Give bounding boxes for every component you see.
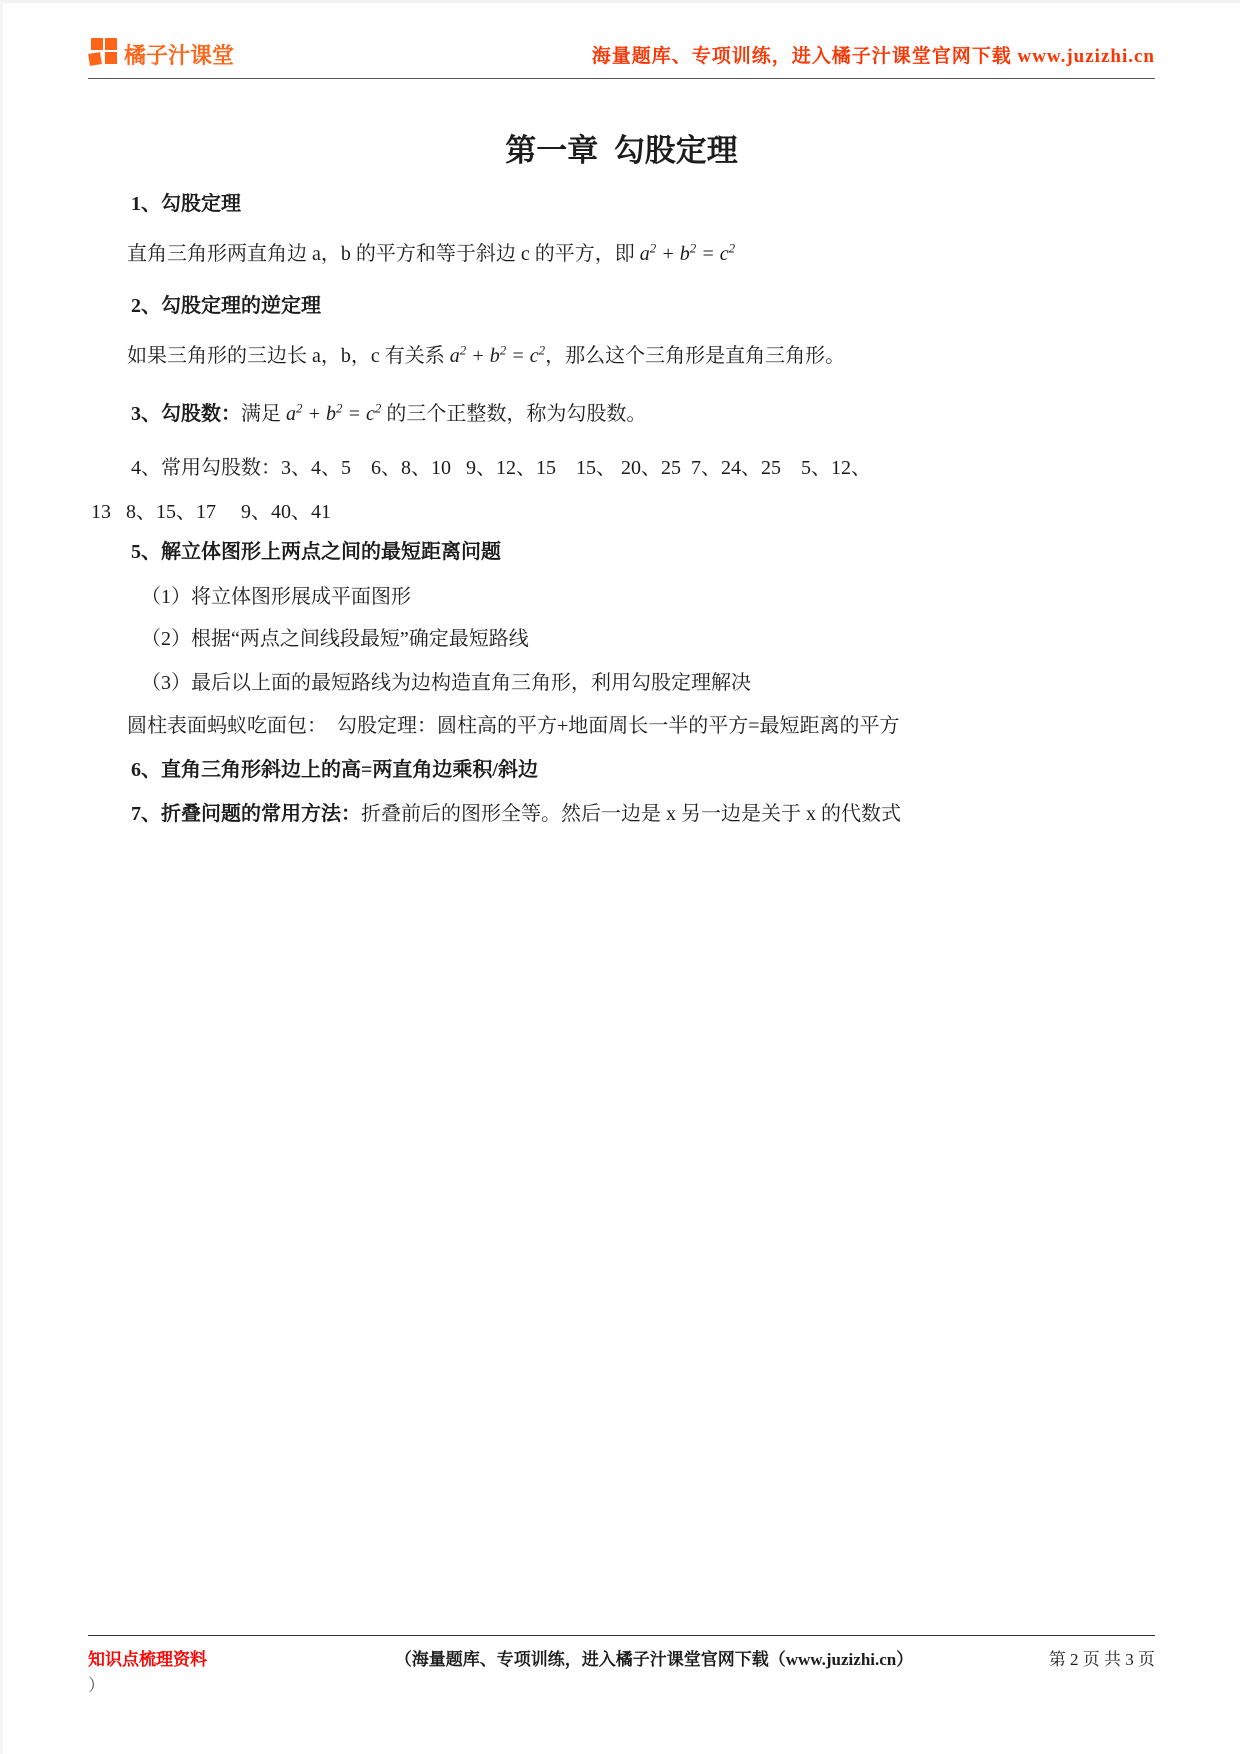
section-3-label: 3、勾股数： [131,403,241,425]
formula-a2-b2-c2: a2 + b2 = c2 [450,345,545,367]
page-header: 橘子汁课堂 海量题库、专项训练，进入橘子汁课堂官网下载 www.juzizhi.… [88,37,1155,72]
math-plus: + [466,345,490,367]
math-var-b: b [680,243,690,265]
math-exp: 2 [729,240,736,255]
section-3-line: 3、勾股数：满足 a2 + b2 = c2 的三个正整数，称为勾股数。 [88,399,1155,429]
math-plus: + [303,403,327,425]
math-plus: + [656,243,680,265]
math-var-c: c [530,345,539,367]
section-1-body: 直角三角形两直角边 a，b 的平方和等于斜边 c 的平方，即 a2 + b2 =… [88,239,1155,269]
section-5-item-1: （1）将立体图形展成平面图形 [88,582,1155,612]
math-equals: = [506,345,530,367]
section-7-label: 7、折叠问题的常用方法： [131,803,361,825]
page-title: 第一章 勾股定理 [88,125,1155,170]
section-1-text: 直角三角形两直角边 a，b 的平方和等于斜边 c 的平方，即 [127,243,640,265]
page-footer: 知识点梳理资料 （海量题库、专项训练，进入橘子汁课堂官网下载（www.juziz… [88,1645,1155,1670]
section-6-heading: 6、直角三角形斜边上的高=两直角边乘积/斜边 [88,755,1155,785]
section-1-heading: 1、勾股定理 [88,189,1155,219]
brand: 橘子汁课堂 [88,37,234,72]
section-5-item-3: （3）最后以上面的最短路线为边构造直角三角形，利用勾股定理解决 [88,668,1155,698]
footer-doc-type: 知识点梳理资料 [88,1645,313,1670]
formula-a2-b2-c2: a2 + b2 = c2 [286,403,381,425]
section-4-line-1: 4、常用勾股数：3、4、5 6、8、10 9、12、15 15、 20、25 7… [88,453,1155,483]
content: 1、勾股定理 直角三角形两直角边 a，b 的平方和等于斜边 c 的平方，即 a2… [88,179,1155,829]
brand-name: 橘子汁课堂 [124,39,234,70]
header-promo-text: 海量题库、专项训练，进入橘子汁课堂官网下载 www.juzizhi.cn [592,41,1155,68]
section-3-text-post: 的三个正整数，称为勾股数。 [381,403,646,425]
section-2-text-post: ，那么这个三角形是直角三角形。 [545,345,845,367]
section-7-text: 折叠前后的图形全等。然后一边是 x 另一边是关于 x 的代数式 [361,803,901,825]
formula-a2-b2-c2: a2 + b2 = c2 [640,243,735,265]
header-divider [88,78,1155,79]
math-var-a: a [450,345,460,367]
math-var-c: c [366,403,375,425]
math-var-b: b [326,403,336,425]
math-var-b: b [490,345,500,367]
section-4-label: 4、常用勾股数： [131,457,281,479]
section-5-item-2: （2）根据“两点之间线段最短”确定最短路线 [88,624,1155,654]
footer-stray-paren: ） [88,1671,105,1696]
section-2-text-pre: 如果三角形的三边长 a，b，c 有关系 [127,345,450,367]
math-var-a: a [640,243,650,265]
section-3-text-pre: 满足 [241,403,286,425]
document-page: 橘子汁课堂 海量题库、专项训练，进入橘子汁课堂官网下载 www.juzizhi.… [0,0,1240,1754]
math-var-c: c [720,243,729,265]
math-equals: = [696,243,720,265]
brand-logo-icon [88,37,118,72]
footer-promo-text: （海量题库、专项训练，进入橘子汁课堂官网下载（www.juzizhi.cn） [313,1645,995,1670]
section-2-heading: 2、勾股定理的逆定理 [88,291,1155,321]
footer-divider [88,1635,1155,1636]
math-var-a: a [286,403,296,425]
section-2-body: 如果三角形的三边长 a，b，c 有关系 a2 + b2 = c2，那么这个三角形… [88,341,1155,371]
section-4-values-1: 3、4、5 6、8、10 9、12、15 15、 20、25 7、24、25 5… [281,457,871,479]
section-4-line-2: 13 8、15、17 9、40、41 [88,497,1155,527]
section-5-heading: 5、解立体图形上两点之间的最短距离问题 [88,537,1155,567]
section-7-line: 7、折叠问题的常用方法：折叠前后的图形全等。然后一边是 x 另一边是关于 x 的… [88,799,1155,829]
section-5-note: 圆柱表面蚂蚁吃面包： 勾股定理：圆柱高的平方+地面周长一半的平方=最短距离的平方 [88,711,1155,741]
math-equals: = [343,403,367,425]
footer-page-number: 第 2 页 共 3 页 [995,1645,1155,1670]
